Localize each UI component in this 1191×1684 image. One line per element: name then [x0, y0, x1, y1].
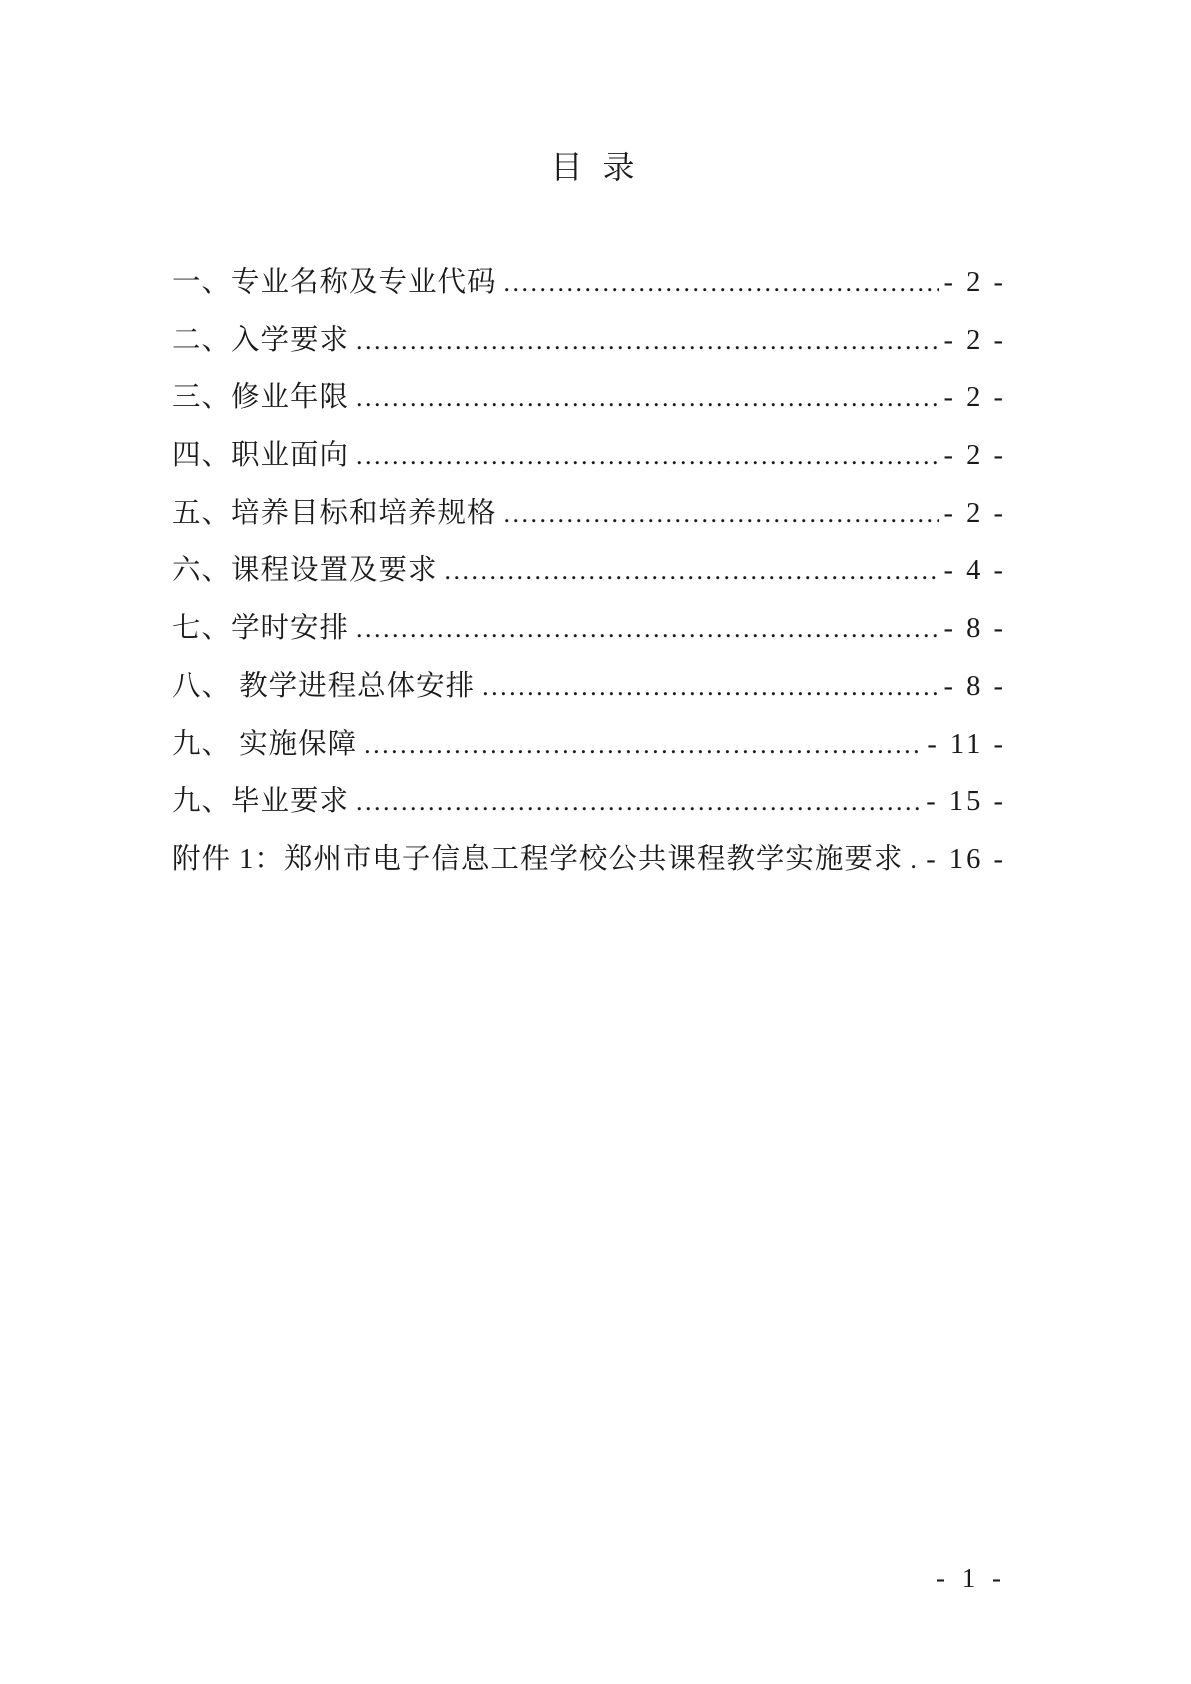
- page-number-footer: - 1 -: [936, 1563, 1006, 1594]
- toc-entry-label: 五、培养目标和培养规格: [172, 485, 497, 543]
- dot-leader: [504, 254, 939, 312]
- toc-entry[interactable]: 二、入学要求 - 2 -: [172, 312, 1006, 370]
- dot-leader: [504, 485, 939, 543]
- toc-entry-label: 附件 1：郑州市电子信息工程学校公共课程教学实施要求: [172, 831, 903, 889]
- toc-entry[interactable]: 四、职业面向 - 2 -: [172, 427, 1006, 485]
- toc-entry[interactable]: 一、专业名称及专业代码 - 2 -: [172, 254, 1006, 312]
- toc-entry-page: - 2 -: [944, 369, 1006, 427]
- toc-entry-label: 六、课程设置及要求: [172, 542, 438, 600]
- dot-leader: [356, 773, 921, 831]
- toc-entry[interactable]: 六、课程设置及要求 - 4 -: [172, 542, 1006, 600]
- toc-entry-label: 三、修业年限: [172, 369, 349, 427]
- toc-entry-label: 九、 实施保障: [172, 716, 357, 774]
- dot-leader: [482, 658, 938, 716]
- dot-leader: [356, 600, 939, 658]
- dot-leader: [364, 716, 922, 774]
- toc-entry-page: - 2 -: [944, 427, 1006, 485]
- toc-entry-page: - 8 -: [944, 658, 1006, 716]
- dot-leader: [356, 369, 939, 427]
- dot-leader: [356, 427, 939, 485]
- document-page: 目 录 一、专业名称及专业代码 - 2 - 二、入学要求 - 2 - 三、修业年…: [0, 0, 1191, 1684]
- toc-entry[interactable]: 七、学时安排 - 8 -: [172, 600, 1006, 658]
- dot-leader: [910, 831, 921, 889]
- toc-entry-label: 八、 教学进程总体安排: [172, 658, 475, 716]
- toc-entry[interactable]: 附件 1：郑州市电子信息工程学校公共课程教学实施要求 - 16 -: [172, 831, 1006, 889]
- toc-entry-page: - 2 -: [944, 254, 1006, 312]
- toc-entry[interactable]: 三、修业年限 - 2 -: [172, 369, 1006, 427]
- toc-entry-page: - 8 -: [944, 600, 1006, 658]
- toc-entry-page: - 2 -: [944, 485, 1006, 543]
- toc-entry-label: 二、入学要求: [172, 312, 349, 370]
- toc-entry-label: 七、学时安排: [172, 600, 349, 658]
- dot-leader: [356, 312, 939, 370]
- toc-entry-label: 一、专业名称及专业代码: [172, 254, 497, 312]
- toc-entry[interactable]: 五、培养目标和培养规格 - 2 -: [172, 485, 1006, 543]
- toc-entry[interactable]: 九、 实施保障 - 11 -: [172, 716, 1006, 774]
- table-of-contents: 一、专业名称及专业代码 - 2 - 二、入学要求 - 2 - 三、修业年限 - …: [172, 254, 1006, 889]
- toc-entry-page: - 4 -: [944, 542, 1006, 600]
- toc-entry-label: 九、毕业要求: [172, 773, 349, 831]
- page-title: 目 录: [0, 142, 1191, 188]
- toc-entry-page: - 11 -: [927, 716, 1006, 774]
- toc-entry-page: - 2 -: [944, 312, 1006, 370]
- toc-entry[interactable]: 八、 教学进程总体安排 - 8 -: [172, 658, 1006, 716]
- toc-entry-page: - 16 -: [926, 831, 1006, 889]
- dot-leader: [445, 542, 939, 600]
- toc-entry-page: - 15 -: [926, 773, 1006, 831]
- toc-entry[interactable]: 九、毕业要求 - 15 -: [172, 773, 1006, 831]
- toc-entry-label: 四、职业面向: [172, 427, 349, 485]
